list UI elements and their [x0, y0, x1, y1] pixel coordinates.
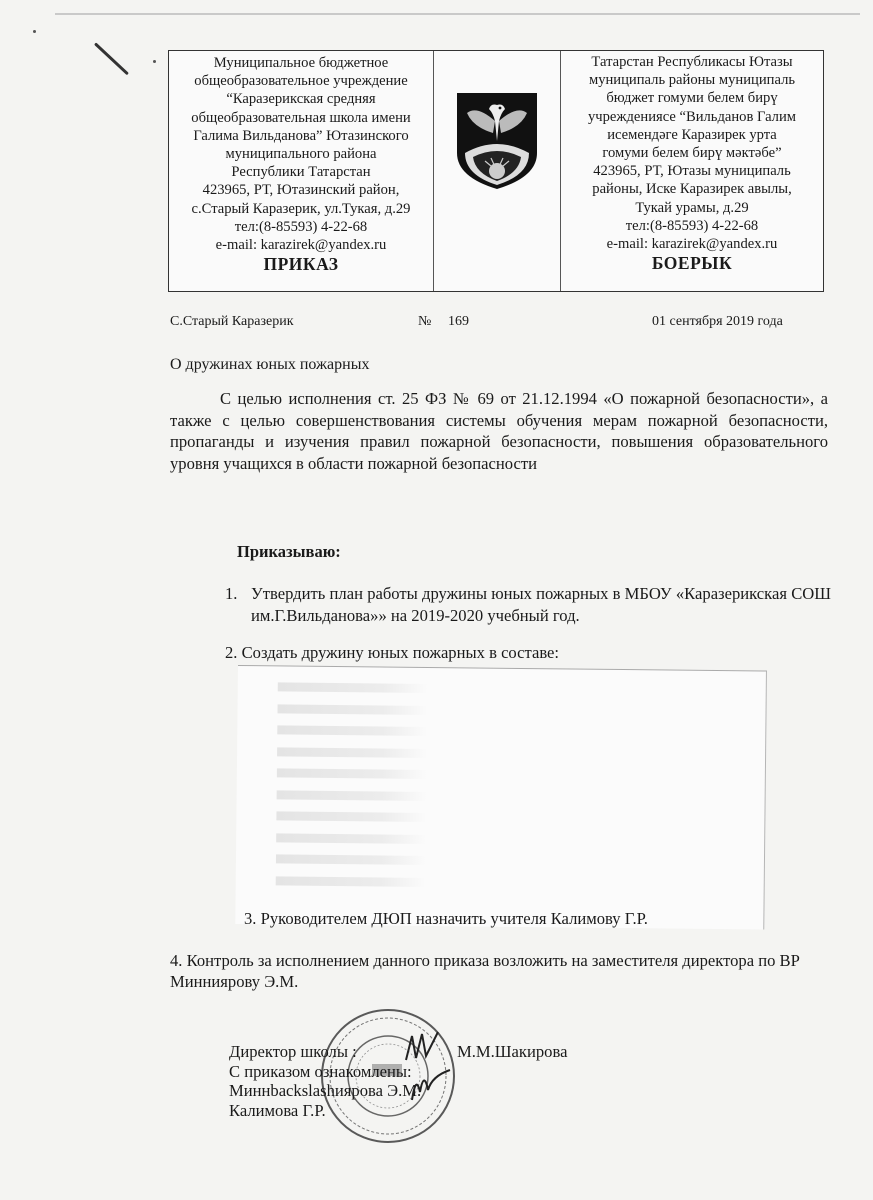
letterhead-line: Галима Вильданова” Ютазинского: [169, 127, 433, 145]
item-text: Создать дружину юных пожарных в составе:: [242, 643, 559, 662]
letterhead-email: e-mail: karazirek@yandex.ru: [561, 235, 823, 253]
item-number: 4.: [170, 951, 182, 970]
letterhead-line: Татарстан Республикасы Ютазы: [561, 53, 823, 71]
letterhead-line: учреждениясе “Вильданов Галим: [561, 108, 823, 126]
letterhead-line: 423965, РТ, Ютазы муниципаль: [561, 162, 823, 180]
scan-edge: [55, 13, 860, 15]
letterhead-line: с.Старый Каразерик, ул.Тукая, д.29: [169, 200, 433, 218]
letterhead-line: гомуми белем бирү мәктәбе”: [561, 144, 823, 162]
order-directive-heading: Приказываю:: [237, 542, 341, 562]
order-subject: О дружинах юных пожарных: [170, 356, 369, 374]
letterhead-line: Муниципальное бюджетное: [169, 54, 433, 72]
letterhead-table: Муниципальное бюджетное общеобразователь…: [168, 50, 824, 292]
letterhead-line: общеобразовательная школа имени: [169, 109, 433, 127]
scan-speck: [33, 30, 36, 33]
coat-of-arms-emblem-icon: [455, 91, 539, 191]
scan-speck: [153, 60, 156, 63]
order-item-1: 1. Утвердить план работы дружины юных по…: [225, 583, 831, 626]
item-number: 2.: [225, 643, 237, 662]
acquainted-person: Калимова Г.Р.: [229, 1101, 421, 1121]
letterhead-email: e-mail: karazirek@yandex.ru: [169, 236, 433, 254]
order-item-3: 3. Руководителем ДЮП назначить учителя К…: [244, 908, 648, 930]
letterhead-line: Тукай урамы, д.29: [561, 199, 823, 217]
pen-stroke-mark: [94, 42, 129, 75]
letterhead-line: муниципаль районы муниципаль: [561, 71, 823, 89]
handwritten-signature-icon: [398, 1030, 458, 1110]
acquainted-label: С приказом ознакомлены:: [229, 1062, 421, 1082]
item-text: Контроль за исполнением данного приказа …: [170, 951, 800, 991]
letterhead-emblem-cell: [434, 51, 561, 291]
order-number-sign: №: [418, 314, 431, 330]
order-place: С.Старый Каразерик: [170, 314, 294, 330]
letterhead-line: “Каразерикская средняя: [169, 90, 433, 108]
order-item-4: 4. Контроль за исполнением данного прика…: [170, 950, 820, 992]
signature-block: Директор школы : С приказом ознакомлены:…: [229, 1042, 421, 1120]
letterhead-line: Республики Татарстан: [169, 163, 433, 181]
item-text: Руководителем ДЮП назначить учителя Кали…: [261, 909, 648, 928]
letterhead-line: бюджет гомуми белем бирү: [561, 89, 823, 107]
doc-type-russian: ПРИКАЗ: [169, 255, 433, 273]
letterhead-russian: Муниципальное бюджетное общеобразователь…: [169, 51, 434, 291]
order-number: 169: [448, 314, 469, 330]
letterhead-line: тел:(8-85593) 4-22-68: [169, 218, 433, 236]
letterhead-line: тел:(8-85593) 4-22-68: [561, 217, 823, 235]
order-preamble: С целью исполнения ст. 25 ФЗ № 69 от 21.…: [170, 388, 828, 474]
item-number: 3.: [244, 909, 256, 928]
letterhead-line: исемендәге Каразирек урта: [561, 126, 823, 144]
acquainted-person: Миннbackslashиярова Э.М.: [229, 1081, 421, 1101]
letterhead-line: общеобразовательное учреждение: [169, 72, 433, 90]
letterhead-tatar: Татарстан Республикасы Ютазы муниципаль …: [561, 51, 823, 291]
redaction-overlay-sheet: [235, 665, 767, 930]
item-text: Утвердить план работы дружины юных пожар…: [251, 583, 831, 626]
letterhead-line: районы, Иске Каразирек авылы,: [561, 180, 823, 198]
redacted-member-list: [276, 682, 428, 899]
letterhead-line: муниципального района: [169, 145, 433, 163]
director-label: Директор школы :: [229, 1042, 421, 1062]
order-date: 01 сентября 2019 года: [652, 314, 783, 330]
order-item-2: 2. Создать дружину юных пожарных в соста…: [225, 642, 559, 664]
doc-type-tatar: БОЕРЫК: [561, 254, 823, 272]
director-name: М.М.Шакирова: [457, 1042, 567, 1062]
item-number: 1.: [225, 583, 237, 605]
letterhead-line: 423965, РТ, Ютазинский район,: [169, 181, 433, 199]
